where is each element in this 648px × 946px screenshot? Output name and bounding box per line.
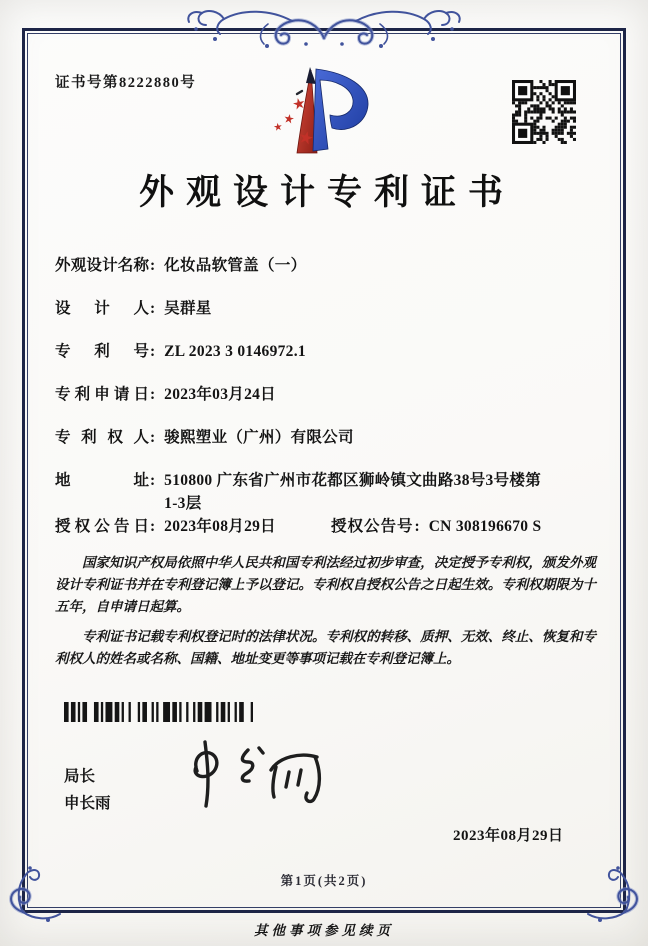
field-row-grant-date: 授权公告日: 2023年08月29日 授权公告号: CN 308196670 S bbox=[55, 515, 595, 538]
field-row-designer: 设计人: 吴群星 bbox=[55, 297, 595, 320]
field-row-patent-number: 专利号: ZL 2023 3 0146972.1 bbox=[55, 340, 595, 363]
address-line-1: 510800 广东省广州市花都区狮岭镇文曲路38号3号楼第 bbox=[164, 469, 541, 492]
legal-paragraph-1: 国家知识产权局依照中华人民共和国专利法经过初步审查，决定授予专利权，颁发外观设计… bbox=[55, 552, 596, 617]
legal-paragraph-2: 专利证书记载专利权登记时的法律状况。专利权的转移、质押、无效、终止、恢复和专利权… bbox=[55, 626, 596, 670]
certificate-title: 外观设计专利证书 bbox=[0, 165, 648, 215]
field-colon: : bbox=[150, 383, 155, 406]
field-label: 专利申请日 bbox=[55, 383, 149, 406]
field-row-filing-date: 专利申请日: 2023年03月24日 bbox=[55, 383, 595, 406]
field-row-address: 地址: 510800 广东省广州市花都区狮岭镇文曲路38号3号楼第 1-3层 bbox=[55, 469, 595, 515]
field-label: 地址 bbox=[55, 469, 149, 492]
certificate-page: 证书号第8222880号 外观设计专利证书 bbox=[0, 0, 648, 946]
field-label: 外观设计名称 bbox=[55, 254, 149, 277]
field-value: 2023年03月24日 bbox=[164, 383, 276, 406]
field-colon: : bbox=[150, 254, 155, 277]
field-colon: : bbox=[150, 515, 155, 538]
field-label: 授权公告日 bbox=[55, 515, 149, 538]
field-label: 设计人 bbox=[55, 297, 149, 320]
barcode bbox=[64, 702, 253, 722]
signature-icon bbox=[168, 736, 346, 816]
field-row-grant-number: 授权公告号: CN 308196670 S bbox=[331, 515, 541, 538]
field-colon: : bbox=[150, 426, 155, 449]
field-colon: : bbox=[150, 469, 155, 492]
cnipa-logo-icon bbox=[250, 67, 406, 164]
field-value: 化妆品软管盖（一） bbox=[164, 254, 306, 277]
field-value: 骏熙塑业（广州）有限公司 bbox=[164, 426, 354, 449]
certificate-number: 证书号第8222880号 bbox=[55, 71, 196, 92]
field-value: 吴群星 bbox=[164, 297, 211, 320]
field-value: 2023年08月29日 bbox=[164, 515, 276, 538]
page-indicator: 第1页(共2页) bbox=[0, 871, 648, 889]
legal-text-block: 国家知识产权局依照中华人民共和国专利法经过初步审查，决定授予专利权，颁发外观设计… bbox=[55, 552, 596, 679]
field-row-design-name: 外观设计名称: 化妆品软管盖（一） bbox=[55, 254, 595, 277]
footer-note: 其他事项参见续页 bbox=[0, 919, 648, 939]
issue-date: 2023年08月29日 bbox=[453, 824, 564, 845]
address-line-2: 1-3层 bbox=[164, 492, 541, 515]
field-row-patentee: 专利权人: 骏熙塑业（广州）有限公司 bbox=[55, 426, 595, 449]
field-label: 专利权人 bbox=[55, 426, 149, 449]
signer-title: 局长 bbox=[64, 764, 95, 786]
field-colon: : bbox=[150, 340, 155, 363]
field-label: 专利号 bbox=[55, 340, 149, 363]
field-value: 510800 广东省广州市花都区狮岭镇文曲路38号3号楼第 1-3层 bbox=[164, 469, 541, 515]
signer-name: 申长雨 bbox=[64, 791, 111, 813]
field-label: 授权公告号 bbox=[331, 515, 414, 538]
field-colon: : bbox=[415, 515, 420, 538]
field-value: CN 308196670 S bbox=[429, 515, 542, 538]
qr-code bbox=[512, 80, 576, 144]
field-colon: : bbox=[150, 297, 155, 320]
field-value: ZL 2023 3 0146972.1 bbox=[164, 340, 306, 363]
fields-block: 外观设计名称: 化妆品软管盖（一） 设计人: 吴群星 专利号: ZL 2023 … bbox=[55, 254, 595, 558]
